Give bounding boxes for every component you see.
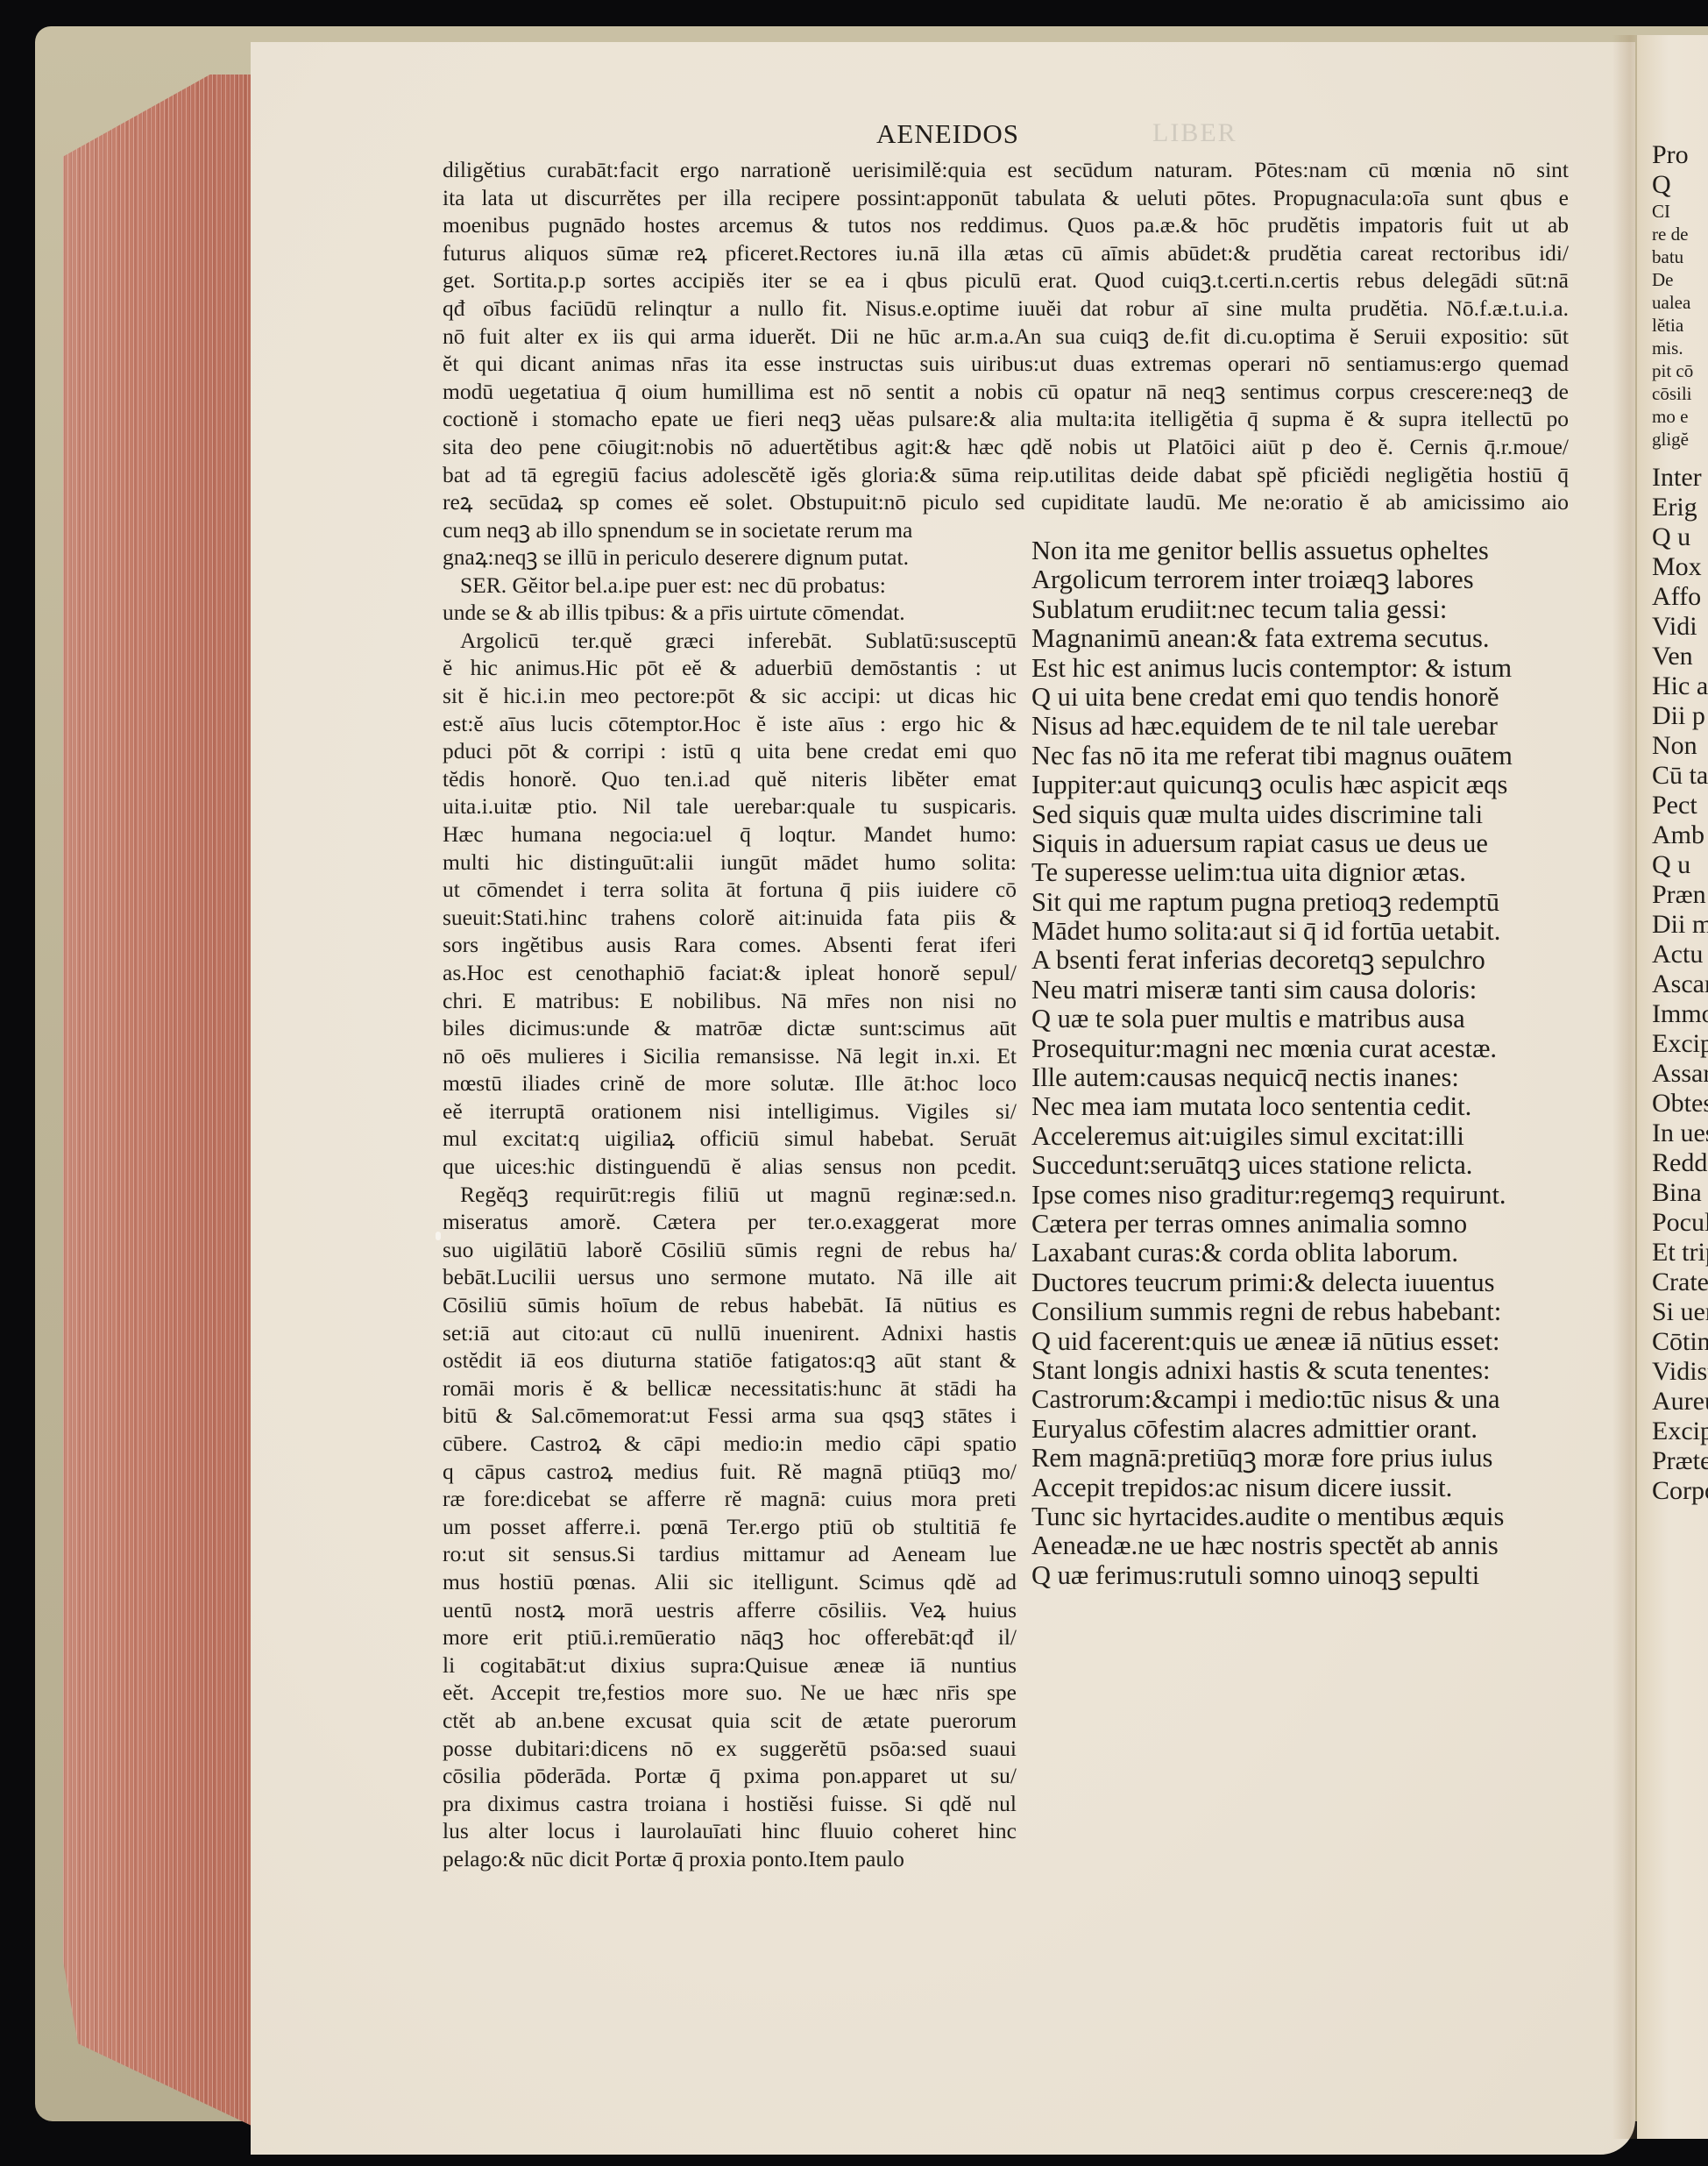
right-verse-line: Crater bbox=[1652, 1268, 1708, 1297]
commentary-line: cum neqꝫ ab illo spnendum se in societat… bbox=[443, 516, 1003, 544]
commentary-line: more erit ptiū.i.remūeratio nāqꝫ hoc off… bbox=[443, 1623, 1017, 1651]
verse-line: A bsenti ferat inferias decoretqꝫ sepulc… bbox=[1031, 946, 1627, 975]
commentary-line: cūbere. Castroꝝ & cāpi medio:in medio cā… bbox=[443, 1430, 1017, 1458]
commentary-line: as.Hoc est cenothaphiō faciat:& ipleat h… bbox=[443, 959, 1017, 987]
verse-line: Siquis in aduersum rapiat casus ue deus … bbox=[1031, 829, 1627, 858]
right-verse-line: Pect bbox=[1652, 791, 1708, 820]
verse-line: Nec fas nō ita me referat tibi magnus ou… bbox=[1031, 742, 1627, 771]
verse-line: Sublatum erudiit:nec tecum talia gessi: bbox=[1031, 595, 1627, 624]
right-verse-line: Obtes bbox=[1652, 1089, 1708, 1119]
right-commentary-line: cōsili bbox=[1652, 382, 1708, 405]
right-verse-line: Cōting bbox=[1652, 1327, 1708, 1357]
right-commentary-line: CI bbox=[1652, 200, 1708, 223]
commentary-line: Cōsiliū sūmis hoīum de rebus habebāt. Iā… bbox=[443, 1291, 1017, 1319]
spacer bbox=[1652, 451, 1708, 463]
commentary-line: tĕdis honorĕ. Quo ten.i.ad quĕ niteris l… bbox=[443, 765, 1017, 793]
right-page-text: ProQCIre debatuDeualealĕtiamis.pit cōcōs… bbox=[1652, 140, 1708, 1506]
right-verse-line: Excip bbox=[1652, 1029, 1708, 1059]
right-verse-line: Redd bbox=[1652, 1148, 1708, 1178]
commentary-line: ut cōmendet i terra solita āt fortuna q̄… bbox=[443, 876, 1017, 904]
right-verse-line: Si uero bbox=[1652, 1297, 1708, 1327]
commentary-line: pra diximus castra troiana i hostiĕsi fu… bbox=[443, 1790, 1017, 1818]
commentary-line: est:ĕ aīus lucis cōtemptor.Hoc ĕ iste aī… bbox=[443, 710, 1017, 738]
commentary-line: reꝝ secūdaꝝ sp comes eĕ solet. Obstupuit… bbox=[443, 488, 1569, 516]
commentary-line: li cogitabāt:ut dixius supra:Quisue æneæ… bbox=[443, 1651, 1017, 1680]
right-commentary-line: gligĕ bbox=[1652, 428, 1708, 451]
right-verse-line: Excipi bbox=[1652, 1417, 1708, 1446]
verse-line: Magnanimū anean:& fata extrema secutus. bbox=[1031, 624, 1627, 653]
right-verse-line: Aureus bbox=[1652, 1387, 1708, 1417]
right-verse-line: Ven bbox=[1652, 642, 1708, 671]
commentary-line: mœstū iliades crinĕ de more solutæ. Ille… bbox=[443, 1069, 1017, 1097]
running-head: AENEIDOS bbox=[876, 118, 1019, 150]
commentary-line: cōsilia pōderāda. Portæ q̄ pxima pon.app… bbox=[443, 1762, 1017, 1790]
commentary-line: SER. Gĕitor bel.a.ipe puer est: nec dū p… bbox=[443, 572, 1017, 600]
right-verse-line: Præn bbox=[1652, 880, 1708, 910]
verse-line: Iuppiter:aut quicunqꝫ oculis hæc aspicit… bbox=[1031, 771, 1627, 799]
commentary-line: Hæc humana negocia:uel q̄ loqtur. Mandet… bbox=[443, 820, 1017, 849]
right-commentary-line: ualea bbox=[1652, 291, 1708, 314]
commentary-line: eĕ iterruptā orationem nisi intelligimus… bbox=[443, 1097, 1017, 1126]
commentary-line: ita lata ut discurrĕtes per illa reciper… bbox=[443, 184, 1569, 212]
verse-line: Neu matri miseræ tanti sim causa doloris… bbox=[1031, 976, 1627, 1005]
right-verse-line: Mox bbox=[1652, 552, 1708, 582]
right-verse-line: Inter bbox=[1652, 463, 1708, 493]
right-verse-line: Pocula bbox=[1652, 1208, 1708, 1238]
right-commentary-line: mo e bbox=[1652, 405, 1708, 428]
commentary-line: suo uigilātiū laborĕ Cōsiliū sūmis regni… bbox=[443, 1236, 1017, 1264]
verse-line: Castrorum:&campi i medio:tūc nisus & una bbox=[1031, 1385, 1627, 1414]
commentary-line: biles dicimus:unde & matrōæ dictæ sunt:s… bbox=[443, 1014, 1017, 1042]
commentary-line: ostĕdit iā eos diuturna statiōe fatigato… bbox=[443, 1346, 1017, 1374]
verse-line: Euryalus cōfestim alacres admittier oran… bbox=[1031, 1415, 1627, 1444]
commentary-line: mus hostiū pœnas. Alii sic itelligunt. S… bbox=[443, 1568, 1017, 1596]
commentary-line: ræ fore:dicebat se afferre rĕ magnā: cui… bbox=[443, 1485, 1017, 1513]
right-verse-line: Q bbox=[1652, 170, 1708, 200]
commentary-line: ĕt qui dicant animas nr̄as ita esse inst… bbox=[443, 350, 1569, 378]
right-verse-line: Immo bbox=[1652, 999, 1708, 1029]
commentary-line: qđ oībus faciūdū relinqtur a nullo fit. … bbox=[443, 295, 1569, 323]
commentary-block-top: diligĕtius curabāt:facit ergo narrationĕ… bbox=[443, 156, 1569, 543]
verse-line: Q uid facerent:quis ue æneæ iā nūtius es… bbox=[1031, 1327, 1627, 1356]
right-verse-line: In ues bbox=[1652, 1119, 1708, 1148]
verse-line: Accepit trepidos:ac nisum dicere iussit. bbox=[1031, 1474, 1627, 1502]
verse-line: Tunc sic hyrtacides.audite o mentibus æq… bbox=[1031, 1502, 1627, 1531]
verse-line: Prosequitur:magni nec mœnia curat acestæ… bbox=[1031, 1034, 1627, 1063]
right-verse-line: Dii p bbox=[1652, 701, 1708, 731]
verse-line: Non ita me genitor bellis assuetus ophel… bbox=[1031, 536, 1627, 565]
commentary-line: ro:ut sit sensus.Si tardius mittamur ad … bbox=[443, 1540, 1017, 1568]
right-verse-line: Dii m bbox=[1652, 910, 1708, 940]
verse-line: Nec mea iam mutata loco sententia cedit. bbox=[1031, 1092, 1627, 1121]
commentary-line: chri. E matribus: E nobilibus. Nā mr̄es … bbox=[443, 987, 1017, 1015]
commentary-line: pduci pōt & corripi : istū q uita bene c… bbox=[443, 737, 1017, 765]
commentary-line: multi hic distinguūt:alii iungūt mādet h… bbox=[443, 849, 1017, 877]
commentary-line: sors ingĕtibus ausis Rara comes. Absenti… bbox=[443, 931, 1017, 959]
verse-line: Consilium summis regni de rebus habebant… bbox=[1031, 1297, 1627, 1326]
right-verse-line: Hic a bbox=[1652, 671, 1708, 701]
commentary-line: que uices:hic distinguendū ĕ alias sensu… bbox=[443, 1153, 1017, 1181]
commentary-line: eĕt. Accepit tre,festios more suo. Ne ue… bbox=[443, 1679, 1017, 1707]
commentary-line: ctĕt ab an.bene excusat quia scit de æta… bbox=[443, 1707, 1017, 1735]
right-verse-line: Vidi bbox=[1652, 612, 1708, 642]
show-through-heading: LIBER bbox=[1152, 118, 1237, 148]
right-verse-line: Bina d bbox=[1652, 1178, 1708, 1208]
right-verse-line: Erig bbox=[1652, 493, 1708, 522]
commentary-line: pelago:& nūc dicit Portæ q̄ proxia ponto… bbox=[443, 1845, 1017, 1873]
right-verse-line: Assara bbox=[1652, 1059, 1708, 1089]
commentary-line: sueuit:Stati.hinc trahens colorĕ ait:inu… bbox=[443, 904, 1017, 932]
verse-line: Q ui uita bene credat emi quo tendis hon… bbox=[1031, 683, 1627, 712]
right-commentary-line: re de bbox=[1652, 223, 1708, 245]
verse-line: Q uæ te sola puer multis e matribus ausa bbox=[1031, 1005, 1627, 1033]
verse-line: Acceleremus ait:uigiles simul excitat:il… bbox=[1031, 1122, 1627, 1151]
verse-line: Sit qui me raptum pugna pretioqꝫ redempt… bbox=[1031, 888, 1627, 917]
verse-line: Succedunt:seruātqꝫ uices statione relict… bbox=[1031, 1151, 1627, 1180]
commentary-line: q cāpus castroꝝ medius fuit. Rĕ magnā pt… bbox=[443, 1458, 1017, 1486]
commentary-line: romāi moris ĕ & bellicæ necessitatis:hun… bbox=[443, 1374, 1017, 1403]
right-verse-line: Vidist bbox=[1652, 1357, 1708, 1387]
commentary-line: diligĕtius curabāt:facit ergo narrationĕ… bbox=[443, 156, 1569, 184]
commentary-line: nō oēs mulieres i Sicilia remansisse. Nā… bbox=[443, 1042, 1017, 1070]
verse-line: Aeneadæ.ne ue hæc nostris spectĕt ab ann… bbox=[1031, 1531, 1627, 1560]
verse-line: Cætera per terras omnes animalia somno bbox=[1031, 1210, 1627, 1239]
commentary-line: miseratus amorĕ. Cætera per ter.o.exagge… bbox=[443, 1208, 1017, 1236]
right-verse-line: Amb bbox=[1652, 820, 1708, 850]
commentary-line: set:iā aut cito:aut cū nullū inuenirent.… bbox=[443, 1319, 1017, 1347]
right-verse-line: Q u bbox=[1652, 522, 1708, 552]
commentary-line: posse dubitari:dicens nō ex suggerĕtū ps… bbox=[443, 1735, 1017, 1763]
verse-line: Te superesse uelim:tua uita dignior ætas… bbox=[1031, 858, 1627, 887]
commentary-line: unde se & ab illis tpibus: & a pr̄is uir… bbox=[443, 599, 1017, 627]
right-commentary-line: pit cō bbox=[1652, 359, 1708, 382]
right-verse-line: Et trip bbox=[1652, 1238, 1708, 1268]
verse-line: Ductores teucrum primi:& delecta iuuentu… bbox=[1031, 1268, 1627, 1297]
commentary-line: mul excitat:q uigiliaꝝ officiū simul hab… bbox=[443, 1125, 1017, 1153]
verse-line: Stant longis adnixi hastis & scuta tenen… bbox=[1031, 1356, 1627, 1385]
commentary-line: bat ad tā egregiū facius adolescĕtĕ igĕs… bbox=[443, 461, 1569, 489]
right-commentary-line: batu bbox=[1652, 245, 1708, 268]
commentary-line: sit ĕ hic.i.in meo pectore:pōt & sic acc… bbox=[443, 682, 1017, 710]
verse-line: Rem magnā:pretiūqꝫ moræ fore prius iulus bbox=[1031, 1444, 1627, 1473]
commentary-line: modū uegetatiua q̄ oium humillima est nō… bbox=[443, 378, 1569, 406]
commentary-line: coctionĕ i stomacho epate ue fieri neqꝫ … bbox=[443, 405, 1569, 433]
verse-line: Argolicum terrorem inter troiæqꝫ labores bbox=[1031, 565, 1627, 594]
right-verse-line: Non bbox=[1652, 731, 1708, 761]
verse-line: Nisus ad hæc.equidem de te nil tale uere… bbox=[1031, 712, 1627, 741]
right-verse-line: Actu bbox=[1652, 940, 1708, 969]
commentary-line: lus alter locus i laurolauīati hinc fluu… bbox=[443, 1817, 1017, 1845]
right-verse-line: Affo bbox=[1652, 582, 1708, 612]
right-verse-line: Cū ta bbox=[1652, 761, 1708, 791]
verse-line: Ille autem:causas nequicq̄ nectis inanes… bbox=[1031, 1063, 1627, 1092]
verse-line: Mādet humo solita:aut si q̄ id fortūa ue… bbox=[1031, 917, 1627, 946]
verse-line: Q uæ ferimus:rutuli somno uinoqꝫ sepulti bbox=[1031, 1561, 1627, 1590]
commentary-line: ĕ hic animus.Hic pōt eĕ & aduerbiū demōs… bbox=[443, 654, 1017, 682]
commentary-line: uentū nostꝝ morā uestris afferre cōsilii… bbox=[443, 1596, 1017, 1624]
right-verse-line: Pro bbox=[1652, 140, 1708, 170]
verse-line: Est hic est animus lucis contemptor: & i… bbox=[1031, 654, 1627, 683]
verse-line: Ipse comes niso graditur:regemqꝫ requiru… bbox=[1031, 1181, 1627, 1210]
verse-line: Laxabant curas:& corda oblita laborum. bbox=[1031, 1239, 1627, 1268]
commentary-line: Argolicū ter.quĕ græci inferebāt. Sublat… bbox=[443, 627, 1017, 655]
commentary-line: sita deo pene cōiugit:nobis nō aduertĕti… bbox=[443, 433, 1569, 461]
commentary-line: nō fuit alter ex iis qui arma iduerĕt. D… bbox=[443, 323, 1569, 351]
verse-column: Non ita me genitor bellis assuetus ophel… bbox=[1031, 536, 1627, 1590]
commentary-line: Regĕqꝫ requirūt:regis filiū ut magnū reg… bbox=[443, 1181, 1017, 1209]
commentary-line: moenibus pugnādo hostes arcemus & tutos … bbox=[443, 211, 1569, 239]
paper-fleck bbox=[436, 1232, 441, 1240]
commentary-line: um posset afferre.i. pœnā Ter.ergo ptiū … bbox=[443, 1513, 1017, 1541]
right-verse-line: Præter bbox=[1652, 1446, 1708, 1476]
right-commentary-line: mis. bbox=[1652, 337, 1708, 359]
verse-line: Sed siquis quæ multa uides discrimine ta… bbox=[1031, 800, 1627, 829]
commentary-line: bebāt.Lucilii uersus uno sermone mutato.… bbox=[443, 1263, 1017, 1291]
red-page-edges bbox=[63, 75, 252, 2126]
right-verse-line: Ascar bbox=[1652, 969, 1708, 999]
commentary-line: gnaꝝ:neqꝫ se illū in periculo deserere d… bbox=[443, 543, 1017, 572]
commentary-column-left: gnaꝝ:neqꝫ se illū in periculo deserere d… bbox=[443, 543, 1017, 1873]
commentary-line: get. Sortita.p.p sortes accipiĕs iter se… bbox=[443, 266, 1569, 295]
right-verse-line: Corpo bbox=[1652, 1476, 1708, 1506]
commentary-line: futurus aliquos sūmæ reꝝ pficeret.Rector… bbox=[443, 239, 1569, 267]
commentary-line: uita.i.uitæ ptio. Nil tale uerebar:quale… bbox=[443, 792, 1017, 820]
right-commentary-line: De bbox=[1652, 268, 1708, 291]
commentary-line: bitū & Sal.cōmemorat:ut Fessi arma sua q… bbox=[443, 1402, 1017, 1430]
right-verse-line: Q u bbox=[1652, 850, 1708, 880]
right-commentary-line: lĕtia bbox=[1652, 314, 1708, 337]
